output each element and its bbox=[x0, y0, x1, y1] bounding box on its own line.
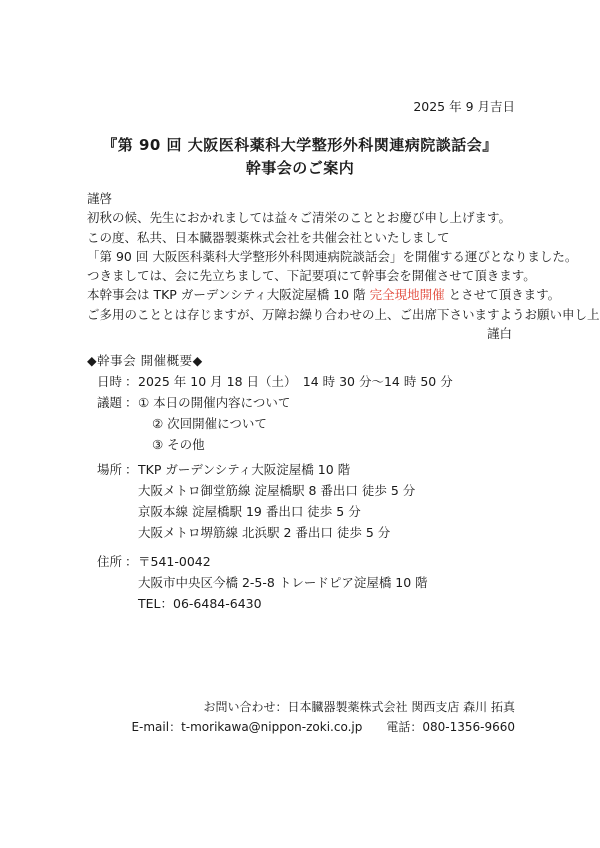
agenda-row: 議題 ： ① 本日の開催内容について bbox=[97, 392, 453, 413]
greeting-line: つきましては、会に先立ちまして、下記要項にて幹事会を開催させて頂きます。 bbox=[87, 266, 512, 285]
place-venue: TKP ガーデンシティ大阪淀屋橋 10 階 bbox=[138, 459, 350, 480]
place-label: 場所 bbox=[97, 459, 125, 480]
greeting-line: ご多用のこととは存じますが、万障お繰り合わせの上、ご出席下さいますようお願い申し… bbox=[87, 305, 512, 324]
datetime-label: 日時 bbox=[97, 371, 125, 392]
highlight-post-text: とさせて頂きます。 bbox=[445, 287, 560, 302]
date-line: 2025 年 9 月吉日 bbox=[413, 97, 515, 115]
agenda-item-3: ③ その他 bbox=[152, 434, 205, 455]
overview-heading: ◆幹事会 開催概要◆ bbox=[87, 351, 203, 369]
address-label: 住所 bbox=[97, 551, 125, 572]
greeting-line-highlight: 本幹事会は TKP ガーデンシティ大阪淀屋橋 10 階 完全現地開催 とさせて頂… bbox=[87, 285, 512, 304]
greeting-opening: 謹啓 bbox=[87, 189, 512, 208]
contact-footer: お問い合わせ：日本臓器製薬株式会社 関西支店 森川 拓真 E-mail：t-mo… bbox=[131, 697, 515, 737]
document-title: 『第 90 回 大阪医科薬科大学整形外科関連病院談話会』 幹事会のご案内 bbox=[0, 134, 600, 180]
greeting-line: この度、私共、日本臓器製薬株式会社を共催会社といたしまして bbox=[87, 228, 512, 247]
place-row: 場所 ： TKP ガーデンシティ大阪淀屋橋 10 階 bbox=[97, 459, 415, 480]
greeting-paragraph: 謹啓 初秋の候、先生におかれましては益々ご清栄のこととお慶び申し上げます。 この… bbox=[87, 189, 512, 343]
access-line-2: 京阪本線 淀屋橋駅 19 番出口 徒歩 5 分 bbox=[138, 501, 361, 522]
street-address: 大阪市中央区今橋 2-5-8 トレードピア淀屋橋 10 階 bbox=[138, 572, 428, 593]
agenda-label: 議題 bbox=[97, 392, 125, 413]
address-separator: ： bbox=[125, 551, 138, 572]
datetime-separator: ： bbox=[125, 371, 138, 392]
overview-address: 住所 ： 〒541-0042 大阪市中央区今橋 2-5-8 トレードピア淀屋橋 … bbox=[97, 551, 428, 614]
highlight-pre-text: 本幹事会は TKP ガーデンシティ大阪淀屋橋 10 階 bbox=[87, 287, 370, 302]
street-address-row: 大阪市中央区今橋 2-5-8 トレードピア淀屋橋 10 階 bbox=[97, 572, 428, 593]
agenda-item-2: ② 次回開催について bbox=[152, 413, 267, 434]
telephone-row: TEL：06-6484-6430 bbox=[97, 593, 428, 614]
datetime-value: 2025 年 10 月 18 日（土） 14 時 30 分～14 時 50 分 bbox=[138, 371, 453, 392]
telephone: TEL：06-6484-6430 bbox=[138, 593, 262, 614]
agenda-item-3-row: ③ その他 bbox=[97, 434, 453, 455]
title-line-1: 『第 90 回 大阪医科薬科大学整形外科関連病院談話会』 bbox=[0, 134, 600, 157]
highlight-red-text: 完全現地開催 bbox=[370, 287, 445, 302]
agenda-item-2-row: ② 次回開催について bbox=[97, 413, 453, 434]
access-line-1: 大阪メトロ御堂筋線 淀屋橋駅 8 番出口 徒歩 5 分 bbox=[138, 480, 415, 501]
address-row: 住所 ： 〒541-0042 bbox=[97, 551, 428, 572]
overview-place: 場所 ： TKP ガーデンシティ大阪淀屋橋 10 階 大阪メトロ御堂筋線 淀屋橋… bbox=[97, 459, 415, 543]
title-line-2: 幹事会のご案内 bbox=[0, 157, 600, 180]
place-separator: ： bbox=[125, 459, 138, 480]
access-line-3: 大阪メトロ堺筋線 北浜駅 2 番出口 徒歩 5 分 bbox=[138, 522, 390, 543]
agenda-item-1: ① 本日の開催内容について bbox=[138, 392, 290, 413]
datetime-row: 日時 ： 2025 年 10 月 18 日（土） 14 時 30 分～14 時 … bbox=[97, 371, 453, 392]
access-line-1-row: 大阪メトロ御堂筋線 淀屋橋駅 8 番出口 徒歩 5 分 bbox=[97, 480, 415, 501]
access-line-2-row: 京阪本線 淀屋橋駅 19 番出口 徒歩 5 分 bbox=[97, 501, 415, 522]
document-page: 2025 年 9 月吉日 『第 90 回 大阪医科薬科大学整形外科関連病院談話会… bbox=[0, 0, 600, 848]
greeting-line: 初秋の候、先生におかれましては益々ご清栄のこととお慶び申し上げます。 bbox=[87, 208, 512, 227]
overview-datetime-agenda: 日時 ： 2025 年 10 月 18 日（土） 14 時 30 分～14 時 … bbox=[97, 371, 453, 455]
contact-line-1: お問い合わせ：日本臓器製薬株式会社 関西支店 森川 拓真 bbox=[131, 697, 515, 717]
contact-line-2: E-mail：t-morikawa@nippon-zoki.co.jp 電話：0… bbox=[131, 717, 515, 737]
greeting-line: 「第 90 回 大阪医科薬科大学整形外科関連病院談話会」を開催する運びとなりまし… bbox=[87, 247, 512, 266]
postal-code: 〒541-0042 bbox=[138, 551, 211, 572]
agenda-separator: ： bbox=[125, 392, 138, 413]
access-line-3-row: 大阪メトロ堺筋線 北浜駅 2 番出口 徒歩 5 分 bbox=[97, 522, 415, 543]
greeting-closing: 謹白 bbox=[87, 324, 512, 343]
